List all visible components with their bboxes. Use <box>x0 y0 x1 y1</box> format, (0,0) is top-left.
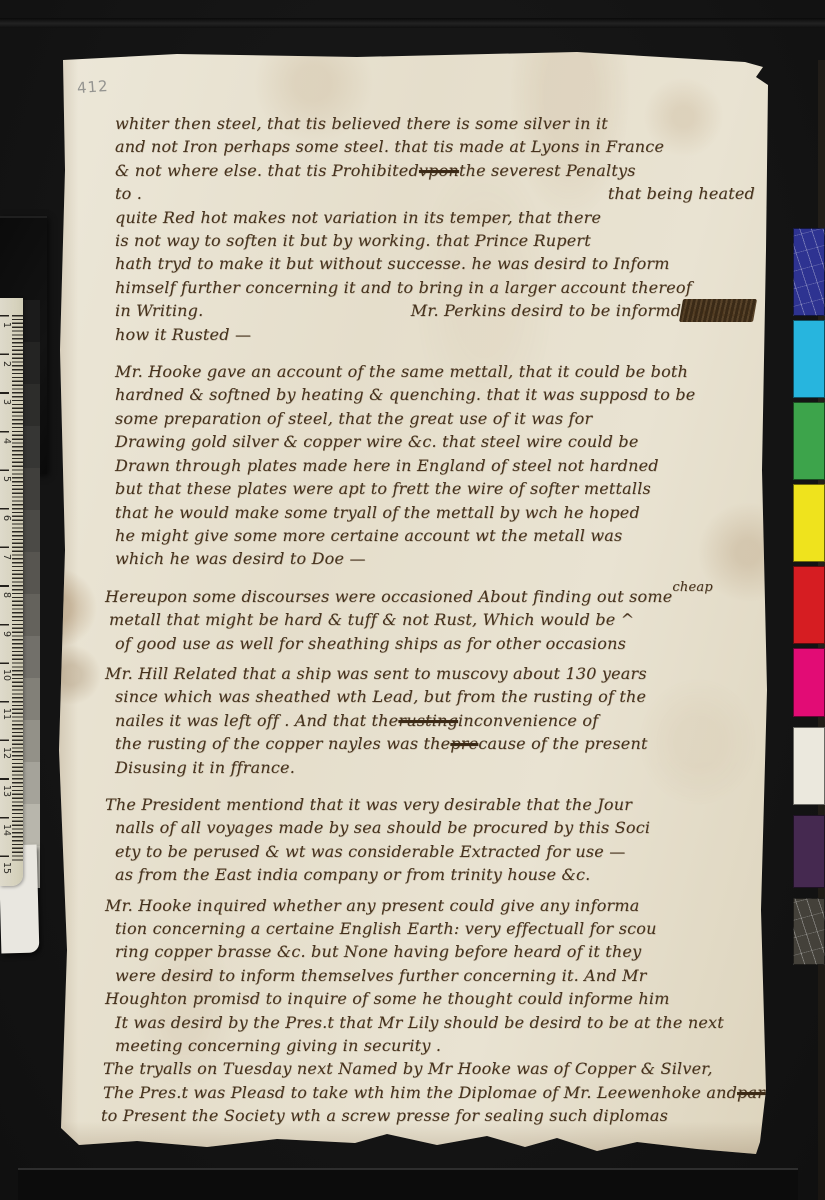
manuscript-line-text: Hereupon some discourses were occasioned… <box>105 585 672 608</box>
manuscript-line-text: tion concerning a certaine English Earth… <box>115 917 657 940</box>
manuscript-line-text: that he would make some tryall of the me… <box>115 501 640 524</box>
manuscript-line-text: The President mentiond that it was very … <box>105 793 632 816</box>
ruler-number: 15 <box>0 862 11 874</box>
manuscript-line: Mr. Hooke gave an account of the same me… <box>115 360 755 383</box>
manuscript-line: Mr. Hill Related that a ship was sent to… <box>105 662 755 685</box>
manuscript-line: The Pres.t was Pleasd to take wth him th… <box>103 1081 755 1104</box>
manuscript-line-text: hardned & softned by heating & quenching… <box>115 383 695 406</box>
manuscript-line-text: some preparation of steel, that the grea… <box>115 407 592 430</box>
manuscript-line-text: in Writing. <box>115 299 203 322</box>
manuscript-line: to Present the Society wth a screw press… <box>101 1104 755 1127</box>
manuscript-line: how it Rusted — <box>115 323 755 346</box>
manuscript-line: that he would make some tryall of the me… <box>115 501 755 524</box>
manuscript-line: which he was desird to Doe — <box>115 547 755 570</box>
page-number: 412 <box>76 77 109 97</box>
ruler-number: 4 <box>0 438 11 444</box>
scribbled-out-text: xxxxxxxx <box>679 299 757 322</box>
manuscript-line-text: were desird to inform themselves further… <box>115 964 647 987</box>
manuscript-line-text: Mr. Hooke inquired whether any present c… <box>105 894 639 917</box>
manuscript-line: metall that might be hard & tuff & not R… <box>109 608 755 631</box>
ruler-number: 13 <box>0 785 11 797</box>
manuscript-line-text: & not where else. that tis Prohibited <box>115 159 419 182</box>
manuscript-line-text: It was desird by the Pres.t that Mr Lily… <box>115 1011 724 1034</box>
manuscript-line-text: the rusting of the copper nayles was the <box>115 732 450 755</box>
manuscript-line: & not where else. that tis Prohibited vp… <box>115 159 755 182</box>
manuscript-line-text: since which was sheathed wth Lead, but f… <box>115 685 646 708</box>
manuscript-line: Hereupon some discourses were occasioned… <box>105 585 755 608</box>
manuscript-line-text: Mr. Perkins desird to be informd <box>411 299 681 322</box>
manuscript-line: hath tryd to make it but without success… <box>115 252 755 275</box>
struck-text: rusting <box>398 709 458 732</box>
manuscript-line: tion concerning a certaine English Earth… <box>115 917 755 940</box>
ruler: 123456789101112131415 <box>0 298 23 886</box>
manuscript-line: to .that being heated <box>115 182 755 205</box>
manuscript-page: 412 whiter then steel, that tis believed… <box>57 50 769 1166</box>
manuscript-line: ety to be perused & wt was considerable … <box>115 840 755 863</box>
ruler-number: 6 <box>0 515 11 521</box>
struck-text: pre <box>450 732 478 755</box>
manuscript-text: whiter then steel, that tis believed the… <box>115 112 755 1128</box>
manuscript-line: but that these plates were apt to frett … <box>115 477 755 500</box>
color-patch-red <box>793 566 825 644</box>
manuscript-line: some preparation of steel, that the grea… <box>115 407 755 430</box>
manuscript-line-text: nailes it was left off . And that the <box>115 709 398 732</box>
ruler-number: 7 <box>0 554 11 560</box>
photo-stage: 123456789101112131415 412 whiter then st… <box>0 0 825 1200</box>
manuscript-line-text: hath tryd to make it but without success… <box>115 252 670 275</box>
manuscript-line-text: which he was desird to Doe — <box>115 547 366 570</box>
manuscript-line: whiter then steel, that tis believed the… <box>115 112 755 135</box>
ruler-cm-ticks <box>0 315 9 861</box>
board-seam <box>0 18 825 28</box>
manuscript-line-text: quite Red hot makes not variation in its… <box>115 206 601 229</box>
manuscript-line: and not Iron perhaps some steel. that ti… <box>115 135 755 158</box>
manuscript-line: since which was sheathed wth Lead, but f… <box>115 685 755 708</box>
manuscript-line: meeting concerning giving in security . <box>115 1034 755 1057</box>
manuscript-line-text: Drawing gold silver & copper wire &c. th… <box>115 430 639 453</box>
manuscript-line-text: himself further concerning it and to bri… <box>115 276 692 299</box>
manuscript-line-text: the severest Penaltys <box>459 159 636 182</box>
manuscript-line-text: to Present the Society wth a screw press… <box>101 1104 668 1127</box>
ruler-number: 9 <box>0 631 11 637</box>
board-bottom-band <box>18 1168 798 1200</box>
manuscript-line-text: to . <box>115 182 142 205</box>
ruler-number: 8 <box>0 592 11 598</box>
manuscript-line-text: Mr. Hooke gave an account of the same me… <box>115 360 688 383</box>
manuscript-line-text: he might give some more certaine account… <box>115 524 622 547</box>
manuscript-line: were desird to inform themselves further… <box>115 964 755 987</box>
manuscript-line-text: meeting concerning giving in security . <box>115 1034 441 1057</box>
manuscript-line-text: Drawn through plates made here in Englan… <box>115 454 659 477</box>
ruler-number: 14 <box>0 824 11 836</box>
manuscript-line-text: how it Rusted — <box>115 323 251 346</box>
manuscript-line-text: nalls of all voyages made by sea should … <box>115 816 650 839</box>
manuscript-line: The President mentiond that it was very … <box>105 793 755 816</box>
manuscript-line: It was desird by the Pres.t that Mr Lily… <box>115 1011 755 1034</box>
color-patch-blue <box>793 228 825 316</box>
manuscript-line-text: as from the East india company or from t… <box>115 863 590 886</box>
manuscript-line-text: cause of the present <box>478 732 647 755</box>
manuscript-line: Houghton promisd to inquire of some he t… <box>105 987 755 1010</box>
color-patch-cyan <box>793 320 825 398</box>
ruler-number: 5 <box>0 476 11 482</box>
manuscript-line: Drawn through plates made here in Englan… <box>115 454 755 477</box>
manuscript-line-text: Mr. Hill Related that a ship was sent to… <box>105 662 647 685</box>
manuscript-line: the rusting of the copper nayles was the… <box>115 732 755 755</box>
color-patch-white <box>793 727 825 805</box>
manuscript-line-text: is not way to soften it but by working. … <box>115 229 591 252</box>
color-patch-yellow <box>793 484 825 562</box>
manuscript-line-text: cheap <box>672 576 712 599</box>
ruler-mm-ticks <box>12 315 23 861</box>
manuscript-line-text: The tryalls on Tuesday next Named by Mr … <box>103 1057 713 1080</box>
color-patch-magenta <box>793 648 825 717</box>
ruler-number: 2 <box>0 361 11 367</box>
manuscript-line-text: metall that might be hard & tuff & not R… <box>109 608 634 631</box>
ruler-number: 11 <box>0 708 11 720</box>
manuscript-line: ring copper brasse &c. but None having b… <box>115 940 755 963</box>
manuscript-line: as from the East india company or from t… <box>115 863 755 886</box>
manuscript-line-text: that being heated <box>608 182 755 205</box>
manuscript-line: hardned & softned by heating & quenching… <box>115 383 755 406</box>
ruler-number: 12 <box>0 747 11 759</box>
manuscript-line: Mr. Hooke inquired whether any present c… <box>105 894 755 917</box>
manuscript-line: is not way to soften it but by working. … <box>115 229 755 252</box>
color-patch-scratched-black <box>793 898 825 965</box>
manuscript-line-text: Houghton promisd to inquire of some he t… <box>105 987 670 1010</box>
manuscript-line-text: ring copper brasse &c. but None having b… <box>115 940 641 963</box>
struck-text: partly <box>737 1081 786 1104</box>
manuscript-line: himself further concerning it and to bri… <box>115 276 755 299</box>
manuscript-line: The tryalls on Tuesday next Named by Mr … <box>103 1057 755 1080</box>
manuscript-line: nailes it was left off . And that the ru… <box>115 709 755 732</box>
manuscript-line-text: but that these plates were apt to frett … <box>115 477 651 500</box>
manuscript-line-text: whiter then steel, that tis believed the… <box>115 112 608 135</box>
color-patch-purple <box>793 815 825 888</box>
manuscript-line: he might give some more certaine account… <box>115 524 755 547</box>
manuscript-line-text: ety to be perused & wt was considerable … <box>115 840 625 863</box>
manuscript-line: in Writing.Mr. Perkins desird to be info… <box>115 299 755 322</box>
manuscript-line: quite Red hot makes not variation in its… <box>115 206 755 229</box>
manuscript-line-text: of good use as well for sheathing ships … <box>115 632 626 655</box>
manuscript-line: Drawing gold silver & copper wire &c. th… <box>115 430 755 453</box>
struck-text: vpon <box>419 159 459 182</box>
manuscript-line-text: inconvenience of <box>458 709 598 732</box>
ruler-number: 10 <box>0 669 11 681</box>
ruler-number: 1 <box>0 322 11 328</box>
manuscript-line: Disusing it in ffrance. <box>115 756 755 779</box>
manuscript-line: nalls of all voyages made by sea should … <box>115 816 755 839</box>
manuscript-line-text: and not Iron perhaps some steel. that ti… <box>115 135 664 158</box>
manuscript-line-text: Disusing it in ffrance. <box>115 756 295 779</box>
manuscript-line: of good use as well for sheathing ships … <box>115 632 755 655</box>
ruler-number: 3 <box>0 399 11 405</box>
manuscript-line-text: The Pres.t was Pleasd to take wth him th… <box>103 1081 737 1104</box>
color-patch-green <box>793 402 825 480</box>
